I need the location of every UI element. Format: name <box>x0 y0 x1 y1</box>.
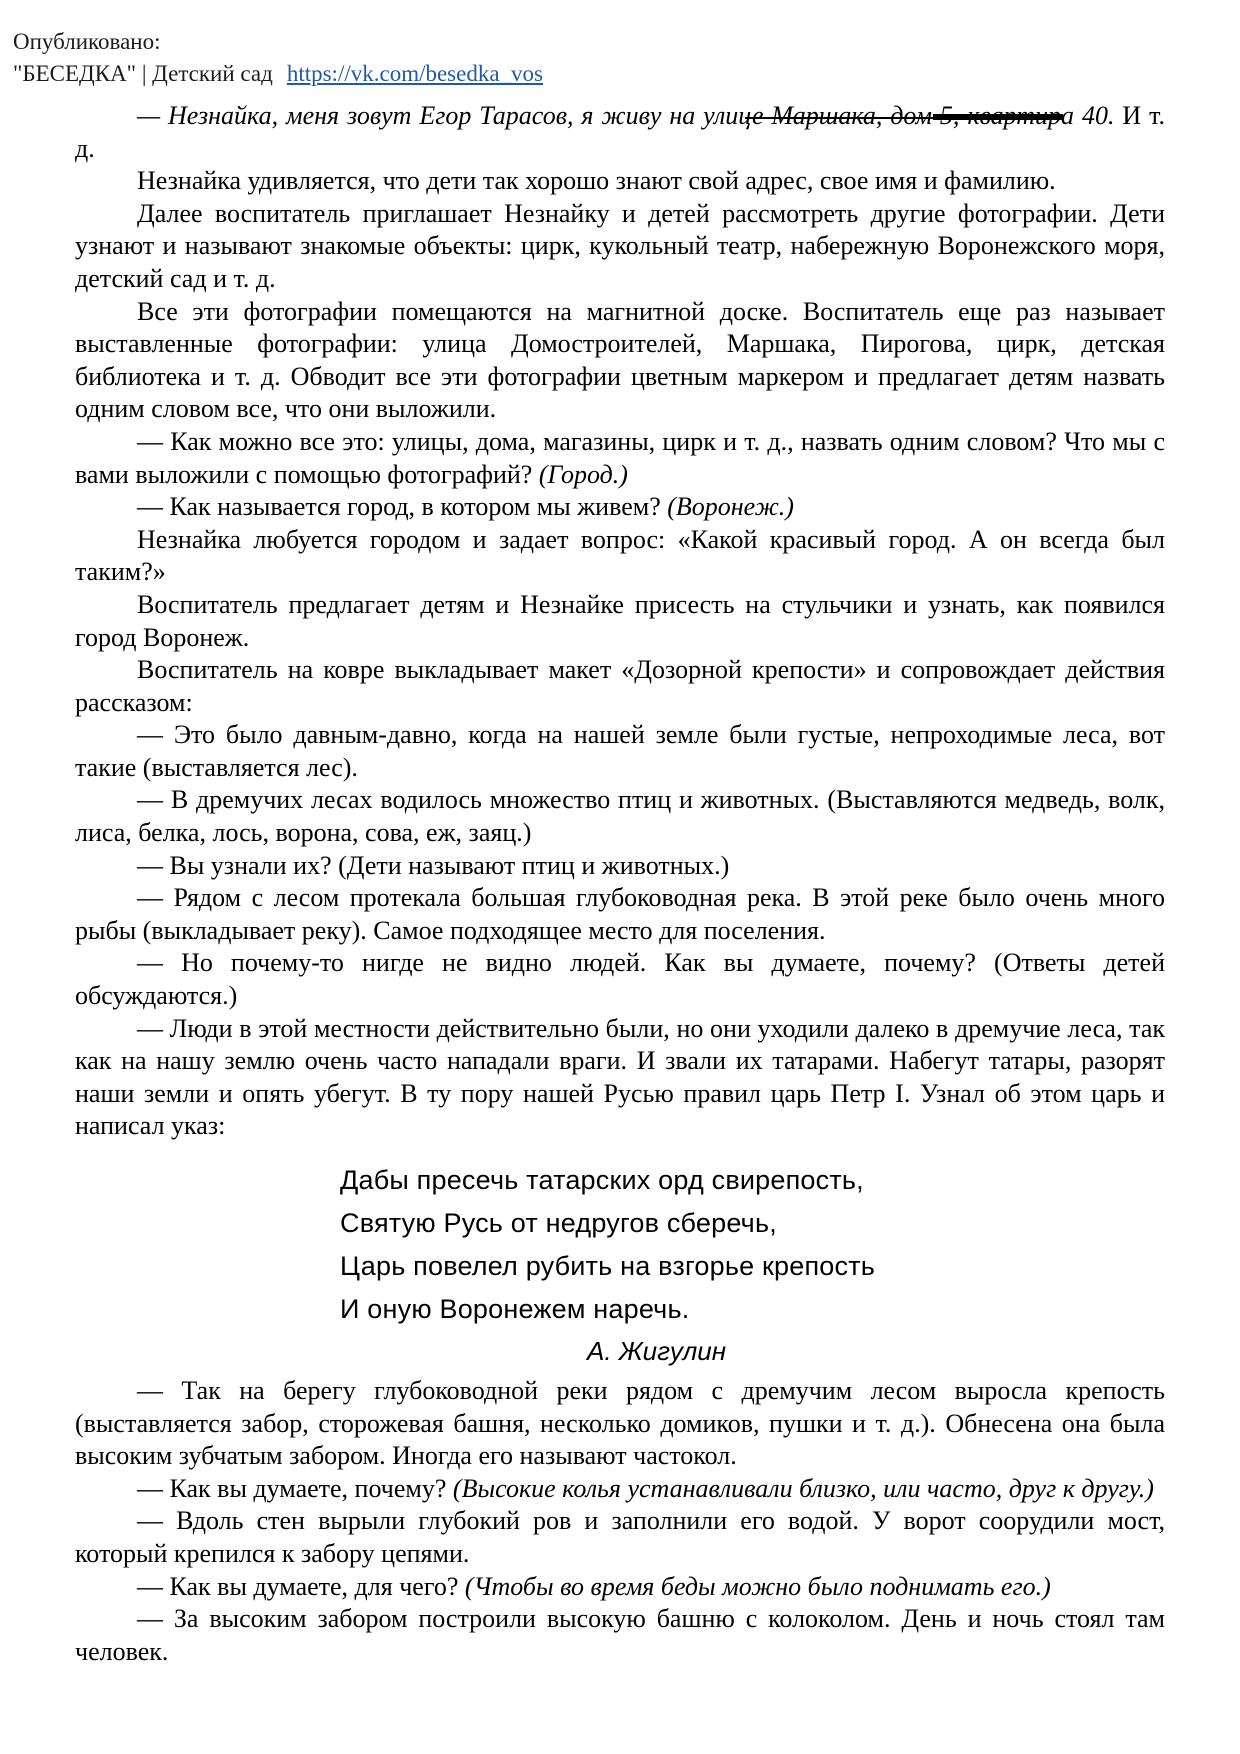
text-run: — Вдоль стен вырыли глубокий ров и запол… <box>75 1506 1165 1568</box>
document-body: — Незнайка, меня зовут Егор Тарасов, я ж… <box>75 100 1165 1668</box>
paragraph: — Вдоль стен вырыли глубокий ров и запол… <box>75 1505 1165 1570</box>
paragraph: — Но почему-то нигде не видно людей. Как… <box>75 947 1165 1012</box>
text-run: — Люди в этой местности действительно бы… <box>75 1014 1165 1141</box>
text-run: — За высоким забором построили высокую б… <box>75 1604 1165 1666</box>
paragraph: — Люди в этой местности действительно бы… <box>75 1013 1165 1143</box>
poem-author: А. Жигулин <box>587 1333 1165 1369</box>
text-run: — Рядом с лесом протекала большая глубок… <box>75 883 1165 945</box>
paragraph: — Как называется город, в котором мы жив… <box>75 491 1165 524</box>
source-line: "БЕСЕДКА" | Детский садhttps://vk.com/be… <box>13 58 543 89</box>
text-run: Воспитатель на ковре выкладывает макет «… <box>75 655 1165 717</box>
poem-line: Святую Русь от недругов сберечь, <box>340 1202 1165 1245</box>
text-run: Воспитатель предлагает детям и Незнайке … <box>75 590 1165 652</box>
paragraph: — Как вы думаете, почему? (Высокие колья… <box>75 1473 1165 1506</box>
paragraph: Воспитатель предлагает детям и Незнайке … <box>75 589 1165 654</box>
paragraph: — Вы узнали их? (Дети называют птиц и жи… <box>75 850 1165 883</box>
text-run: Далее воспитатель приглашает Незнайку и … <box>75 199 1165 293</box>
text-run: — Так на берегу глубоководной реки рядом… <box>75 1376 1165 1470</box>
paragraph: Незнайка удивляется, что дети так хорошо… <box>75 165 1165 198</box>
text-run: — Но почему-то нигде не видно людей. Как… <box>75 948 1165 1010</box>
poem-line: Дабы пресечь татарских орд свирепость, <box>340 1159 1165 1202</box>
paragraph: — Как можно все это: улицы, дома, магази… <box>75 426 1165 491</box>
document-page: Опубликовано: "БЕСЕДКА" | Детский садhtt… <box>0 0 1240 1754</box>
published-label: Опубликовано: <box>13 26 543 57</box>
poem-line: И оную Воронежем наречь. <box>340 1288 1165 1331</box>
paragraph: — Это было давным-давно, когда на нашей … <box>75 719 1165 784</box>
text-run: — Как вы думаете, почему? <box>137 1474 453 1503</box>
text-run: — Вы узнали их? (Дети называют птиц и жи… <box>137 851 729 880</box>
text-run: — В дремучих лесах водилось множество пт… <box>75 785 1165 847</box>
source-link[interactable]: https://vk.com/besedka_vos <box>287 61 543 86</box>
paragraph: Все эти фотографии помещаются на магнитн… <box>75 296 1165 426</box>
text-run: (Высокие колья устанавливали близко, или… <box>453 1474 1154 1503</box>
text-run: Незнайка любуется городом и задает вопро… <box>75 525 1165 587</box>
source-name: "БЕСЕДКА" | Детский сад <box>13 61 273 86</box>
paragraphs-before-poem: — Незнайка, меня зовут Егор Тарасов, я ж… <box>75 100 1165 1143</box>
text-run: (Город.) <box>539 460 628 489</box>
published-header: Опубликовано: "БЕСЕДКА" | Детский садhtt… <box>13 26 543 89</box>
text-run: Незнайка удивляется, что дети так хорошо… <box>137 166 1056 195</box>
paragraphs-after-poem: — Так на берегу глубоководной реки рядом… <box>75 1375 1165 1668</box>
text-run: (Чтобы во время беды можно было поднимат… <box>465 1572 1051 1601</box>
text-run: — Незнайка, меня зовут Егор Тарасов, я ж… <box>137 101 1122 130</box>
paragraph: Воспитатель на ковре выкладывает макет «… <box>75 654 1165 719</box>
text-run: — Это было давным-давно, когда на нашей … <box>75 720 1165 782</box>
text-run: — Как называется город, в котором мы жив… <box>137 492 667 521</box>
paragraph: — В дремучих лесах водилось множество пт… <box>75 784 1165 849</box>
poem: Дабы пресечь татарских орд свирепость, С… <box>340 1159 1165 1331</box>
paragraph: — За высоким забором построили высокую б… <box>75 1603 1165 1668</box>
paragraph: — Рядом с лесом протекала большая глубок… <box>75 882 1165 947</box>
paragraph: — Как вы думаете, для чего? (Чтобы во вр… <box>75 1571 1165 1604</box>
paragraph: — Незнайка, меня зовут Егор Тарасов, я ж… <box>75 100 1165 165</box>
poem-line: Царь повелел рубить на взгорье крепость <box>340 1245 1165 1288</box>
text-run: (Воронеж.) <box>667 492 794 521</box>
paragraph: Незнайка любуется городом и задает вопро… <box>75 524 1165 589</box>
paragraph: — Так на берегу глубоководной реки рядом… <box>75 1375 1165 1473</box>
text-run: — Как вы думаете, для чего? <box>137 1572 465 1601</box>
paragraph: Далее воспитатель приглашает Незнайку и … <box>75 198 1165 296</box>
text-run: Все эти фотографии помещаются на магнитн… <box>75 297 1165 424</box>
